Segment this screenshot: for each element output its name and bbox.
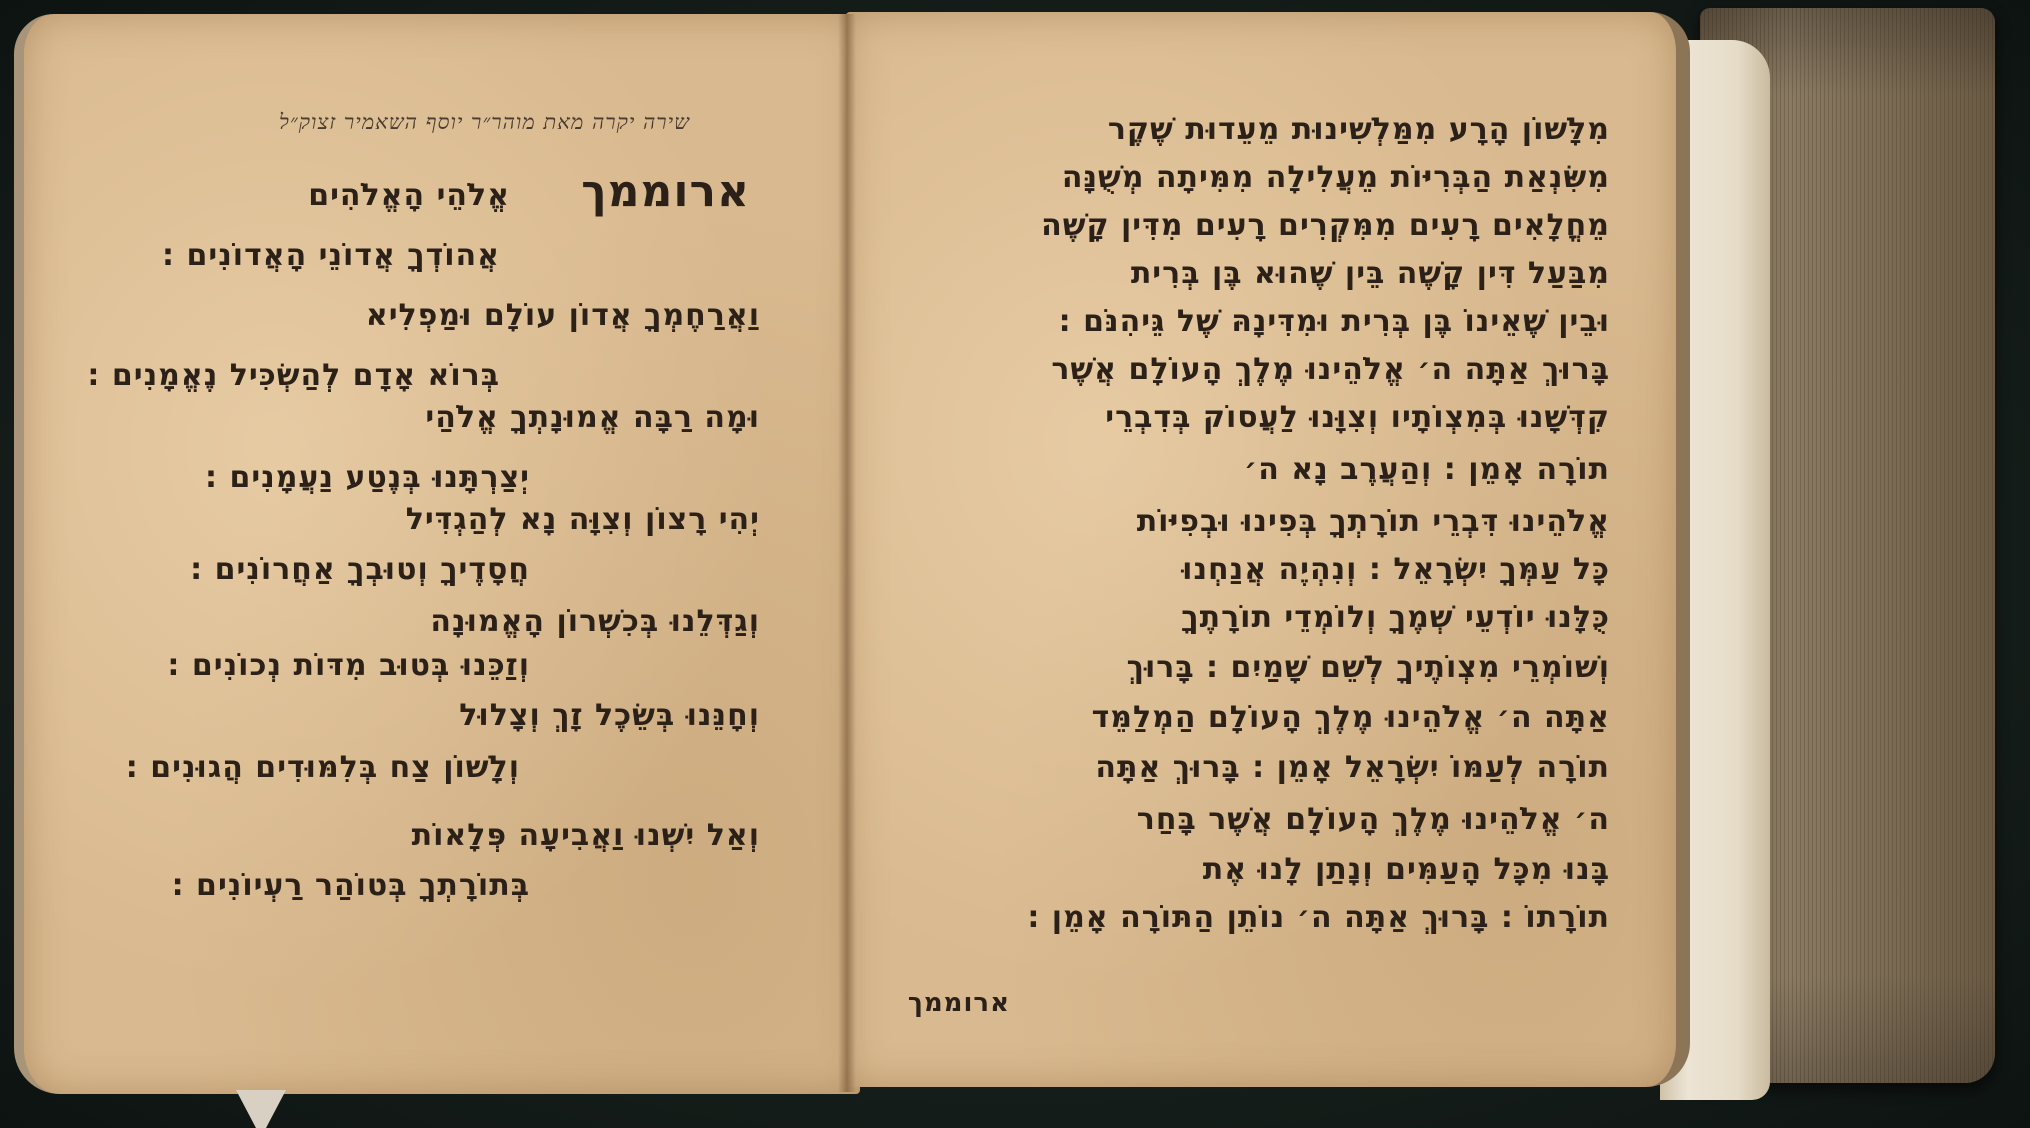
text-line: וְשׁוֹמְרֵי מִצְוֹתֶיךָ לְשֵׁם שָׁמַיִם …: [1127, 650, 1610, 685]
text-line: בָּרוּךְ אַתָּה ה׳ אֱלֹהֵינוּ מֶלֶךְ הָע…: [1051, 352, 1610, 387]
text-line: אַתָּה ה׳ אֱלֹהֵינוּ מֶלֶךְ הָעוֹלָם הַמ…: [1092, 700, 1610, 735]
poem-line: וְלָשׁוֹן צַח בְּלִמּוּדִים הֲגוּנִים :: [126, 750, 520, 785]
poem-line: חֲסָדֶיךָ וְטוּבְךָ אַחֲרוֹנִים :: [190, 552, 530, 587]
text-line: תוֹרָה אָמֵן : וְהַעֲרֶב נָא ה׳: [1244, 452, 1610, 487]
bookmark-tab: [236, 1090, 286, 1128]
poem-line: יְהִי רָצוֹן וְצִוָּה נָא לְהַגְדִּיל: [406, 502, 760, 537]
poem-line: וַאֲרַחֶמְךָ אֲדוֹן עוֹלָם וּמַפְלִיא: [366, 298, 760, 333]
text-line: אֱלֹהֵינוּ דִּבְרֵי תוֹרָתְךָ בְּפִינוּ …: [1137, 504, 1610, 539]
poem-line: יְצַרְתָּנוּ בְּנֶטַע נַעֲמָנִים :: [205, 460, 530, 495]
poem-line: וּמָה רַבָּה אֱמוּנָתְךָ אֱלֹהַי: [425, 400, 760, 435]
text-line: מִשִּׂנְאַת הַבְּרִיּוֹת מֵעֲלִילָה מִמִ…: [1062, 160, 1610, 195]
poem-line: וְאַל יִשְׁנוּ וַאֲבִיעָה פְּלָאוֹת: [412, 818, 760, 853]
gutter: [838, 14, 856, 1092]
text-line: כָּל עַמְּךָ יִשְׂרָאֵל : וְנִהְיֶה אֲנַ…: [1182, 552, 1610, 587]
title-word: ארוממך: [581, 166, 750, 217]
text-line: בָּנוּ מִכָּל הָעַמִּים וְנָתַן לָנוּ אֶ…: [1203, 852, 1610, 887]
poem-line: אֲהוֹדְךָ אֲדוֹנֵי הָאֲדוֹנִים :: [162, 238, 500, 273]
text-line: תוֹרָה לְעַמּוֹ יִשְׂרָאֵל אָמֵן : בָּרו…: [1095, 750, 1610, 785]
poem-line: וְזַכֵּנוּ בְּטוּב מִדּוֹת נְכוֹנִים :: [167, 648, 530, 683]
catchword: ארוממך: [908, 988, 1010, 1018]
text-line: תוֹרָתוֹ : בָּרוּךְ אַתָּה ה׳ נוֹתֵן הַת…: [1027, 900, 1610, 935]
poem-line: בְּרוֹא אָדָם לְהַשְׂכִּיל נֶאֱמָנִים :: [87, 358, 500, 393]
poem-line: אֱלֹהֵי הָאֱלֹהִים: [308, 178, 510, 213]
header-note: שירה יקרה מאת מוהר״ר יוסף השאמיר זצוק״ל: [279, 110, 690, 135]
left-page-text: שירה יקרה מאת מוהר״ר יוסף השאמיר זצוק״ל …: [100, 0, 760, 1000]
text-line: כֻּלָּנוּ יוֹדְעֵי שְׁמֶךָ וְלוֹמְדֵי תו…: [1181, 600, 1610, 635]
open-book: שירה יקרה מאת מוהר״ר יוסף השאמיר זצוק״ל …: [0, 0, 2030, 1128]
text-line: וּבֵין שֶׁאֵינוֹ בֶּן בְּרִית וּמִדִּינָ…: [1059, 304, 1610, 339]
poem-line: וְחָנֵּנוּ בְּשֵׂכֶל זָךְ וְצָלוּל: [459, 698, 760, 733]
text-line: מִבַּעַל דִּין קָשֶׁה בֵּין שֶׁהוּא בֶּן…: [1131, 256, 1610, 291]
text-line: ה׳ אֱלֹהֵינוּ מֶלֶךְ הָעוֹלָם אֲשֶׁר בָּ…: [1137, 802, 1610, 837]
text-line: מִלָּשׁוֹן הָרָע מִמַּלְשִׁינוּת מֵעֵדוּ…: [1108, 112, 1610, 147]
poem-line: בְּתוֹרָתְךָ בְּטוֹהַר רַעְיוֹנִים :: [172, 868, 530, 903]
poem-line: וְגַדְּלֵנוּ בְּכִשְׁרוֹן הָאֱמוּנָה: [430, 604, 760, 639]
text-line: מֵחֳלָאִים רָעִים מִמִּקְרִים רָעִים מִד…: [1041, 208, 1610, 243]
right-page-text: מִלָּשׁוֹן הָרָע מִמַּלְשִׁינוּת מֵעֵדוּ…: [880, 0, 1610, 1050]
text-line: קִדְּשָׁנוּ בְּמִצְוֹתָיו וְצִוָּנוּ לַע…: [1105, 400, 1610, 435]
